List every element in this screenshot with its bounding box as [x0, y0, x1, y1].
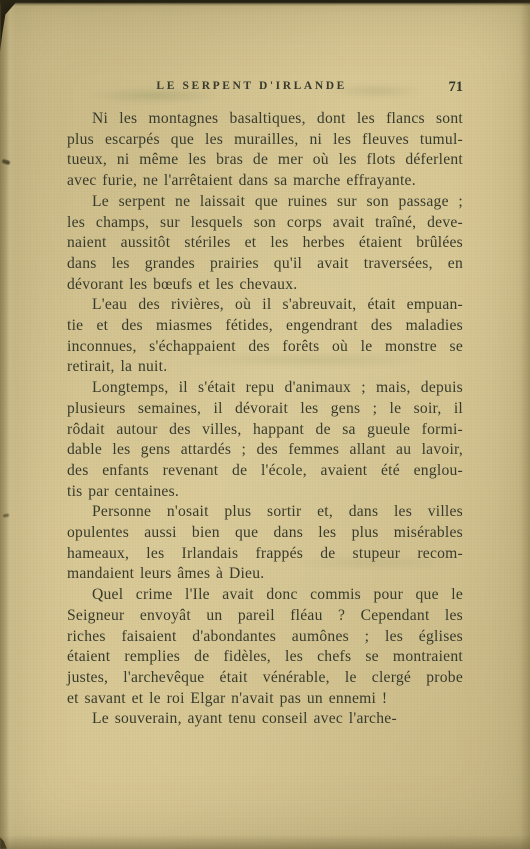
running-title: LE SERPENT D'IRLANDE [156, 80, 346, 92]
paragraph-3-line-4: retirait, la nuit. [67, 357, 463, 378]
paragraph-1-line-3: tueux, ni même les bras de mer où les fl… [67, 150, 463, 171]
paragraph-6-line-3: riches faisaient d'abondantes aumônes ; … [67, 627, 463, 648]
scan-edge-bottom-shadow [0, 835, 530, 849]
paragraph-2-line-3: naient aussitôt stériles et les herbes é… [67, 233, 463, 254]
book-page-scan: LE SERPENT D'IRLANDE 71 Ni les montagnes… [0, 0, 530, 849]
scan-edge-right-shadow [520, 0, 530, 849]
paragraph-5-line-1: Personne n'osait plus sortir et, dans le… [67, 502, 463, 523]
paragraph-2-line-5: dévorant les bœufs et les chevaux. [67, 275, 463, 296]
paragraph-4-line-4: dable les gens attardés ; des femmes all… [67, 440, 463, 461]
page-number: 71 [449, 79, 464, 96]
body-text: Ni les montagnes basaltiques, dont les f… [67, 109, 463, 730]
scan-edge-top-shadow [0, 0, 530, 6]
paragraph-3-line-3: inconnues, s'échappaient des forêts où l… [67, 337, 463, 358]
paragraph-1-line-2: plus escarpés que les murailles, ni les … [67, 130, 463, 151]
paragraph-4-line-5: des enfants revenant de l'école, avaient… [67, 461, 463, 482]
paragraph-6-line-4: étaient remplies de fidèles, les chefs s… [67, 647, 463, 668]
paragraph-1-line-4: avec furie, ne l'arrêtaient dans sa marc… [67, 171, 463, 192]
paragraph-7-line-1: Le souverain, ayant tenu conseil avec l'… [67, 709, 463, 730]
paragraph-3-line-2: tie et des miasmes fétides, engendrant d… [67, 316, 463, 337]
paragraph-2-line-1: Le serpent ne laissait que ruines sur so… [67, 192, 463, 213]
paragraph-6-line-1: Quel crime l'Ile avait donc commis pour … [67, 585, 463, 606]
paragraph-5-line-4: mandaient leurs âmes à Dieu. [67, 564, 463, 585]
paragraph-4-line-1: Longtemps, il s'était repu d'animaux ; m… [67, 378, 463, 399]
paragraph-1-line-1: Ni les montagnes basaltiques, dont les f… [67, 109, 463, 130]
page-header: LE SERPENT D'IRLANDE 71 [67, 79, 463, 97]
paragraph-4-line-2: plusieurs semaines, il dévorait les gens… [67, 399, 463, 420]
paragraph-4-line-3: rôdait autour des villes, happant de sa … [67, 420, 463, 441]
paragraph-4-line-6: tis par centaines. [67, 482, 463, 503]
paragraph-2-line-4: dans les grandes prairies qu'il avait tr… [67, 254, 463, 275]
paragraph-5-line-2: opulentes aussi bien que dans les plus m… [67, 523, 463, 544]
paragraph-6-line-2: Seigneur envoyât un pareil fléau ? Cepen… [67, 606, 463, 627]
scan-edge-left-shadow [0, 0, 16, 849]
paragraph-5-line-3: hameaux, les Irlandais frappés de stupeu… [67, 544, 463, 565]
paragraph-6-line-6: et savant et le roi Elgar n'avait pas un… [67, 689, 463, 710]
paragraph-3-line-1: L'eau des rivières, où il s'abreuvait, é… [67, 295, 463, 316]
paragraph-6-line-5: justes, l'archevêque était vénérable, le… [67, 668, 463, 689]
paragraph-2-line-2: les champs, sur lesquels son corps avait… [67, 213, 463, 234]
